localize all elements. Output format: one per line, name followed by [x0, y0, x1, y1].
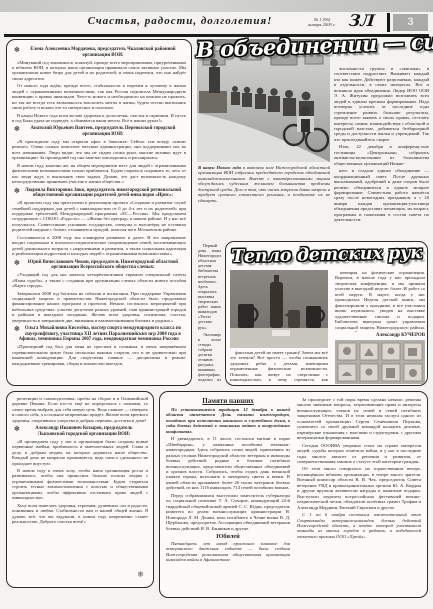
pottery-photo-image	[230, 270, 328, 348]
newspaper-logo: ЗЛ	[348, 11, 376, 30]
memory-title: Памяти павших	[166, 397, 290, 405]
jubilee-title: Юбилей	[166, 533, 290, 540]
greeting-paragraph: «Минувший год запомнился, пожалуй, прежд…	[12, 60, 186, 82]
drawings-photo	[335, 340, 425, 384]
drawings-photo-image	[335, 340, 425, 384]
greeting-name: ❄ Анатолий Юрьевич Вантеев, председатель…	[14, 126, 184, 137]
warmth-gutter-column: Первый день зимы Нижегородская областная…	[198, 243, 221, 384]
greeting-paragraph: В новом году я очень хочу, чтобы наша ор…	[12, 468, 148, 501]
article-paragraph: Экспонированные в холле стенды собрали д…	[198, 332, 221, 384]
newspaper-page: Счастья, радости, долголетия! № 1 (96) я…	[0, 0, 433, 609]
greeting-name: ❄ Александр Иванович Козырев, председате…	[14, 426, 146, 437]
greeting-paragraph: В новом году, конечно же, на общем мероп…	[12, 163, 186, 185]
memory-article-box: Памяти павших По установившейся традиции…	[159, 391, 428, 598]
memory-end-note: С 1 по 6 ноября состоялся заключительный…	[297, 512, 421, 539]
greeting-paragraph: «В прошедшем году мы открыли офис в Заво…	[12, 139, 186, 161]
article-paragraph: фантазия детей не имеет границ! Зачем мы…	[230, 350, 328, 386]
greetings-box-upper: ❄ Елена Алексеевна Мордачева, председате…	[6, 39, 192, 386]
greeting-paragraph: репетиции и самоподготовка, пробы на сбо…	[12, 396, 148, 423]
greeting-paragraph: «В прошедшем году у нас в организации бы…	[12, 439, 148, 466]
jubilee-text: Пятнадцать лет назад произошло знаковое …	[166, 541, 290, 563]
article-paragraph: И двенадцатого, в 11 часов, состоялся ми…	[166, 436, 290, 491]
greeting-paragraph: «Уходящий год для нас начался четырёхтыс…	[12, 272, 186, 288]
issue-date: января 2009 г.	[299, 22, 345, 27]
snowflake-icon: ❄	[14, 47, 20, 54]
greeting-paragraph: В канун Нового года всем желаю здоровья …	[12, 113, 186, 124]
warmth-article-box: Тепло детских рук	[225, 241, 428, 386]
photo-caption: В канун Нового года в актовом зале Нижег…	[198, 165, 330, 238]
greeting-name: ❄ Ольга Михайловна Киселёва, мастер спор…	[14, 326, 184, 343]
article-paragraph: Сегодня ОООИВА уверенно стоит на страже …	[297, 443, 421, 465]
article-paragraph: За прошедшее с той поры время сделано не…	[297, 397, 421, 441]
article-paragraph: Первый день зимы Нижегородская областная…	[198, 243, 221, 330]
article-paragraph: него и создали единое объединение — коор…	[334, 168, 429, 223]
issue-info: № 1 (96) января 2009 г.	[299, 17, 345, 28]
snowflake-icon: ❄	[14, 260, 20, 267]
snowflake-icon: ❄	[137, 572, 144, 577]
article-signature: Александр КУЧЕРОВ	[335, 333, 425, 338]
greeting-paragraph: «Прошедший год был для меня не простым и…	[12, 344, 186, 366]
warmth-right-column: невзирая на физические ограничения. Впро…	[335, 270, 425, 386]
greetings-box-lower: репетиции и самоподготовка, пробы на сбо…	[6, 391, 154, 588]
article-paragraph: Перед собравшимися выступили заместитель…	[166, 493, 290, 531]
greeting-paragraph: «В прошлом году мы приступили к реализац…	[12, 200, 186, 233]
snowflake-icon: ❄	[14, 326, 20, 333]
memory-colB: За прошедшее с той поры время сделано не…	[297, 397, 421, 565]
article-paragraph: невзирая на физические ограничения. Впро…	[335, 270, 425, 332]
snowflake-icon: ❄	[14, 126, 20, 133]
article-paragraph: Об этом много говорилось на торжественно…	[297, 466, 421, 510]
greeting-paragraph: Хочу всем пожелать здоровья, терпения, д…	[12, 503, 148, 525]
article-paragraph: Итак, 22 декабря в конференц-зале гостин…	[334, 144, 429, 166]
warmth-headline: Тепло детских рук	[226, 243, 427, 267]
snowflake-icon: ❄	[14, 188, 20, 195]
page-slogan: Счастья, радости, долголетия!	[40, 15, 320, 27]
greeting-name: ❄ Елена Алексеевна Мордачева, председате…	[14, 47, 184, 58]
caption-text: в актовом зале Нижегородской областной о…	[198, 165, 330, 203]
memory-colA: Памяти павших По установившейся традиции…	[166, 397, 290, 565]
greeting-paragraph: Состоявшееся в 2008 году мы планируем ра…	[12, 235, 186, 257]
greeting-name: ❄ Юрий Вячеславович Чекин, председатель …	[14, 260, 184, 271]
pottery-photo	[230, 270, 328, 348]
snowflake-icon: ❄	[14, 426, 20, 433]
caption-lead: В канун Нового года	[198, 165, 241, 170]
greeting-paragraph: От нового года ждём, прежде всего, стаби…	[12, 83, 186, 110]
warmth-left-column: фантазия детей не имеет границ! Зачем мы…	[230, 270, 328, 386]
greeting-name: ❄ Людмила Викторовна Зико, председатель …	[14, 188, 184, 199]
header-divider	[387, 13, 390, 32]
greeting-paragraph: Завершился 2008 год богатым на события и…	[12, 291, 186, 324]
article-paragraph: численности группы и «экипажи» в соответ…	[334, 66, 429, 142]
unity-article-column: численности группы и «экипажи» в соответ…	[334, 66, 429, 238]
memory-lede: По установившейся традиции 12 декабря в …	[166, 407, 290, 434]
